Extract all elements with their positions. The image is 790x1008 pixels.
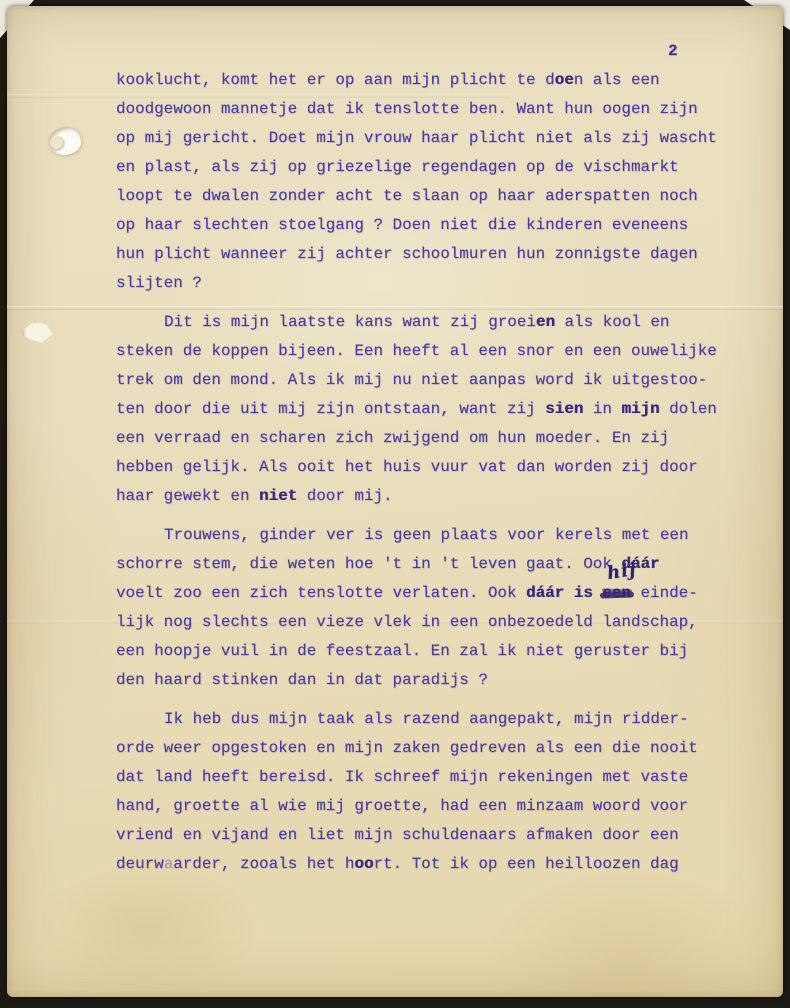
typed-text-segment: hun plicht wanneer zij achter schoolmure… <box>116 245 698 263</box>
typed-line: loopt te dwalen zonder acht te slaan op … <box>116 182 756 211</box>
typed-text-segment: sien <box>545 400 583 418</box>
typed-line: schorre stem, die weten hoe 't in 't lev… <box>116 550 756 579</box>
typed-line: den haard stinken dan in dat paradijs ? <box>116 666 756 695</box>
typed-line: hebben gelijk. Als ooit het huis vuur va… <box>116 453 756 482</box>
typed-line: haar gewekt en niet door mij. <box>116 482 756 511</box>
scanned-page-scene: 2 kooklucht, komt het er op aan mijn pli… <box>0 0 790 1008</box>
typed-text-segment: mijn <box>621 400 659 418</box>
typed-lines: kooklucht, komt het er op aan mijn plich… <box>116 66 756 879</box>
typed-text-segment: trek om den mond. Als ik mij nu niet aan… <box>116 371 707 389</box>
typed-text-segment: lijk nog slechts een vieze vlek in een o… <box>116 613 698 631</box>
typed-line: voelt zoo een zich tenslotte verlaten. O… <box>116 579 756 608</box>
typed-line: steken de koppen bijeen. Een heeft al ee… <box>116 337 756 366</box>
typed-text-segment: einde- <box>631 584 698 602</box>
typed-text-segment: dat land heeft bereisd. Ik schreef mijn … <box>116 768 688 786</box>
typed-text-segment: vriend en vijand en liet mijn schuldenaa… <box>116 826 679 844</box>
typed-text-segment: op haar slechten stoelgang ? Doen niet d… <box>116 216 688 234</box>
typed-line: een hoopje vuil in de feestzaal. En zal … <box>116 637 756 666</box>
typed-line: orde weer opgestoken en mijn zaken gedre… <box>116 734 756 763</box>
typed-text-segment: ten door die uit mij zijn ontstaan, want… <box>116 400 545 418</box>
typed-text-segment: voelt zoo een zich tenslotte verlaten. O… <box>116 584 526 602</box>
typed-text-segment: dáár is <box>526 584 593 602</box>
typed-text-segment: slijten ? <box>116 274 202 292</box>
typed-text-segment: niet <box>259 487 297 505</box>
typed-text-segment: deurw <box>116 855 164 873</box>
typed-line: Ik heb dus mijn taak als razend aangepak… <box>116 705 756 734</box>
typed-text-segment: den haard stinken dan in dat paradijs ? <box>116 671 488 689</box>
typed-line: hand, groette al wie mij groette, had ee… <box>116 792 756 821</box>
typed-text-segment: op mij gericht. Doet mijn vrouw haar pli… <box>116 129 717 147</box>
typed-text-segment: Trouwens, ginder ver is geen plaats voor… <box>164 526 688 544</box>
typed-text-segment: rt. Tot ik op een heilloozen dag <box>374 855 679 873</box>
typed-line: slijten ? <box>116 269 756 298</box>
typed-text-segment: een hoopje vuil in de feestzaal. En zal … <box>116 642 688 660</box>
typed-text-segment: n als een <box>574 71 660 89</box>
typed-line: trek om den mond. Als ik mij nu niet aan… <box>116 366 756 395</box>
typed-text-segment: dolen <box>660 400 717 418</box>
typed-text-segment: Ik heb dus mijn taak als razend aangepak… <box>164 710 688 728</box>
typed-text-segment: loopt te dwalen zonder acht te slaan op … <box>116 187 698 205</box>
typed-line: op mij gericht. Doet mijn vrouw haar pli… <box>116 124 756 153</box>
typed-text-segment: en plast, als zij op griezelige regendag… <box>116 158 679 176</box>
typed-text-segment: oo <box>354 855 373 873</box>
typed-text-segment: hand, groette al wie mij groette, had ee… <box>116 797 688 815</box>
handwritten-insertion: hij <box>605 555 639 588</box>
typed-text-segment: Dit is mijn laatste kans want zij groei <box>164 313 536 331</box>
typed-line: lijk nog slechts een vieze vlek in een o… <box>116 608 756 637</box>
typed-text-segment: oe <box>555 71 574 89</box>
typed-line: Dit is mijn laatste kans want zij groeie… <box>116 308 756 337</box>
typed-line: kooklucht, komt het er op aan mijn plich… <box>116 66 756 95</box>
typed-text-segment: a <box>164 855 174 873</box>
typed-text-segment: doodgewoon mannetje dat ik tenslotte ben… <box>116 100 698 118</box>
typed-text-segment: en <box>536 313 555 331</box>
typed-text-segment: kooklucht, komt het er op aan mijn plich… <box>116 71 555 89</box>
typed-line: doodgewoon mannetje dat ik tenslotte ben… <box>116 95 756 124</box>
typed-text-segment: hebben gelijk. Als ooit het huis vuur va… <box>116 458 698 476</box>
typed-line: een verraad en scharen zich zwijgend om … <box>116 424 756 453</box>
typed-text-segment: steken de koppen bijeen. Een heeft al ee… <box>116 342 717 360</box>
typed-text-segment: orde weer opgestoken en mijn zaken gedre… <box>116 739 698 757</box>
typewritten-page: 2 kooklucht, komt het er op aan mijn pli… <box>7 6 783 997</box>
typed-text-segment: een verraad en scharen zich zwijgend om … <box>116 429 669 447</box>
typed-line: vriend en vijand en liet mijn schuldenaa… <box>116 821 756 850</box>
typed-line: ten door die uit mij zijn ontstaan, want… <box>116 395 756 424</box>
typed-correction: eenhij <box>602 579 631 608</box>
typed-text-segment: door mij. <box>297 487 392 505</box>
typed-line: Trouwens, ginder ver is geen plaats voor… <box>116 521 756 550</box>
typed-text-segment: in <box>583 400 621 418</box>
typed-line: hun plicht wanneer zij achter schoolmure… <box>116 240 756 269</box>
punch-hole-tear <box>49 127 81 155</box>
typed-line: deurwaarder, zooals het hoort. Tot ik op… <box>116 850 756 879</box>
typed-text-segment: haar gewekt en <box>116 487 259 505</box>
typed-text-segment: schorre stem, die weten hoe 't in 't lev… <box>116 555 621 573</box>
typed-line: op haar slechten stoelgang ? Doen niet d… <box>116 211 756 240</box>
typed-text-segment: als kool en <box>555 313 669 331</box>
edge-tear <box>23 321 53 343</box>
typed-line: en plast, als zij op griezelige regendag… <box>116 153 756 182</box>
page-number: 2 <box>668 42 678 60</box>
typed-line: dat land heeft bereisd. Ik schreef mijn … <box>116 763 756 792</box>
typed-text-segment: arder, zooals het h <box>173 855 354 873</box>
